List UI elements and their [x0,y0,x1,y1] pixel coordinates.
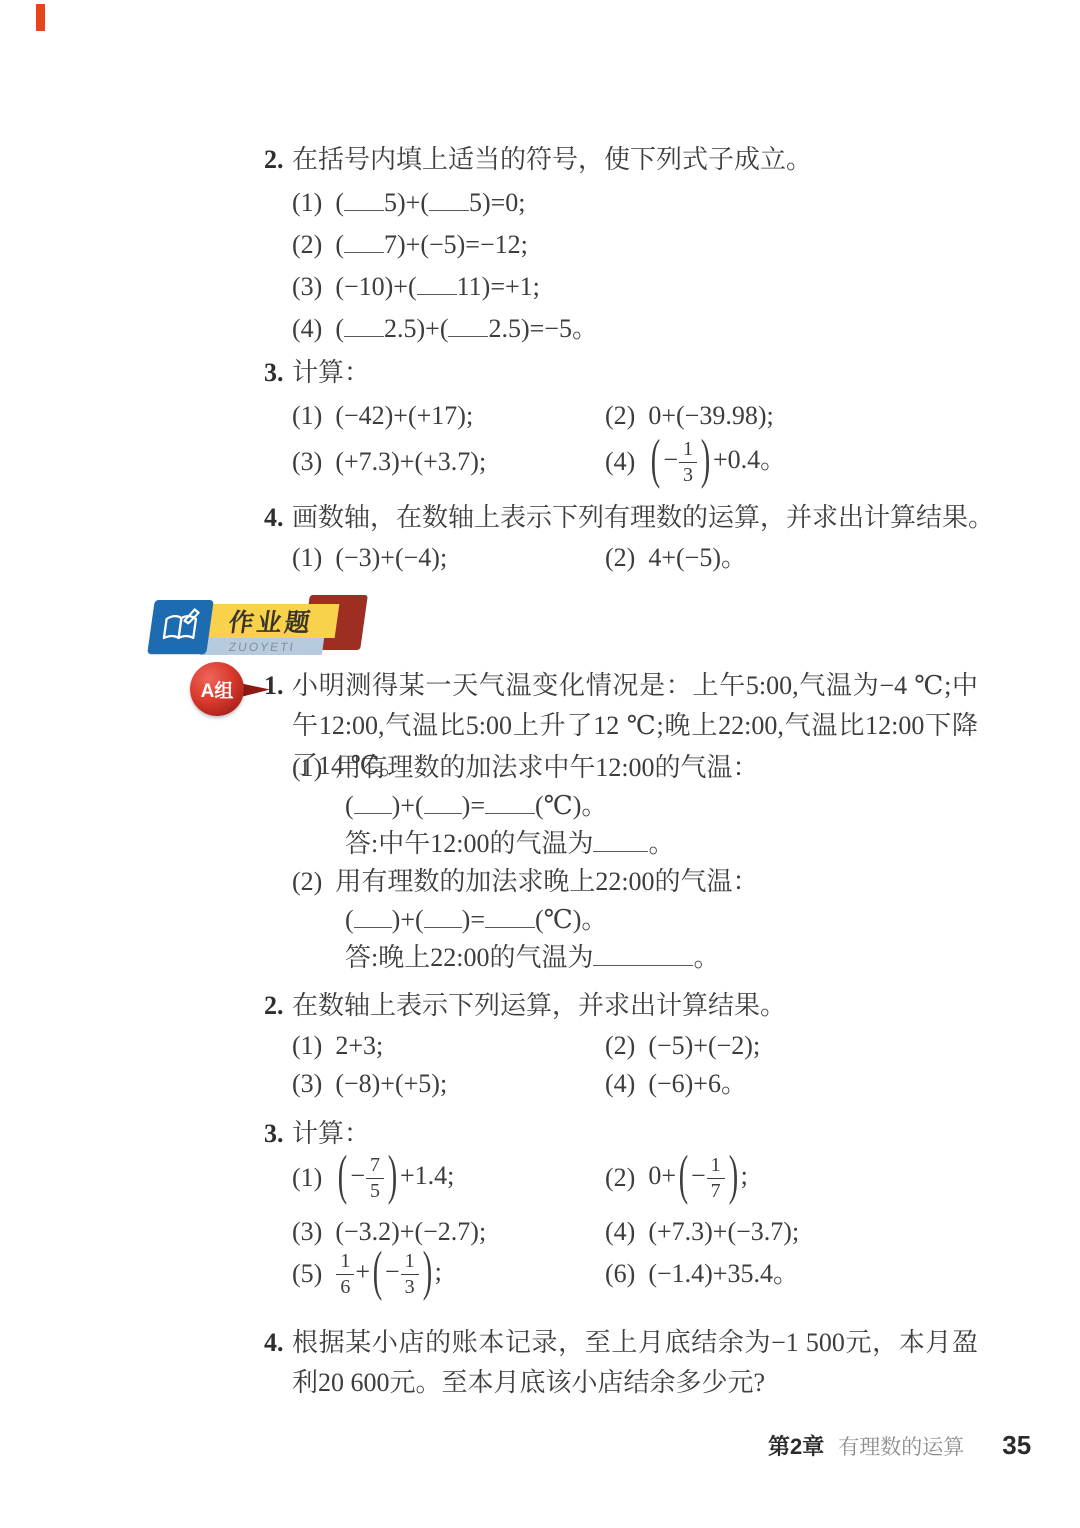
badge-circle: A组 [190,662,244,716]
homework-q1-sub1-answer: 答:中午12:00的气温为。 [345,824,674,864]
exercise-item: (2)4+(−5)。 [605,538,747,578]
answer-line: 答:中午12:00的气温为。 [345,829,674,858]
exercise-row: (1)2+3; (2)(−5)+(−2); [292,1026,383,1066]
banner-subtitle: ZUOYETI [228,640,296,654]
item-label: (4) [605,1069,635,1098]
exercise-row: (1)(5)+(5)=0; [292,183,526,223]
textbook-page: 2.在括号内填上适当的符号，使下列式子成立。 (1)(5)+(5)=0; (2)… [0,0,1080,1528]
item-label: (1) [292,401,322,430]
math-expression: ()+()=(℃)。 [345,905,607,934]
math-expression: (−13)+0.4。 [648,437,786,487]
item-label: (5) [292,1254,322,1294]
item-label: (4) [292,314,322,343]
item-number: 2. [264,140,292,180]
exercise-item: (5)16+(−13); [292,1242,442,1306]
math-expression: (5)+(5)=0; [335,188,525,217]
group-a-badge: A组 [190,662,270,718]
exercise-q2-heading: 2.在括号内填上适当的符号，使下列式子成立。 [264,140,812,180]
paragraph-text: 根据某小店的账本记录，至上月底结余为−1 500元，本月盈利20 600元。至本… [292,1328,978,1397]
exercise-item: (2)(−5)+(−2); [605,1026,760,1066]
heading-text: 在括号内填上适当的符号，使下列式子成立。 [292,145,812,174]
item-label: (1) [292,1158,322,1198]
homework-q1-sub1-title: (1)用有理数的加法求中午12:00的气温： [292,748,759,788]
math-expression: (−3)+(−4); [335,543,447,572]
heading-text: 在数轴上表示下列运算，并求出计算结果。 [292,991,786,1020]
math-expression: 16+(−13); [335,1249,442,1299]
homework-q1-sub2-title: (2)用有理数的加法求晚上22:00的气温： [292,862,759,902]
exercise-item: (1)(−3)+(−4); [292,538,447,578]
exercise-row: (3)(−10)+(11)=+1; [292,267,540,307]
exercise-item: (3)(+7.3)+(+3.7); [292,430,486,494]
math-expression: (−10)+(11)=+1; [335,272,540,301]
exercise-item: (6)(−1.4)+35.4。 [605,1242,799,1306]
exercise-row: (3)(+7.3)+(+3.7); (4)(−13)+0.4。 [292,430,486,494]
banner-icon-plate [147,600,214,654]
banner-title: 作业题 [226,603,315,639]
item-label: (6) [605,1254,635,1294]
homework-q1-sub1-formula: ()+()=(℃)。 [345,786,607,826]
exercise-row: (5)16+(−13); (6)(−1.4)+35.4。 [292,1242,442,1306]
math-expression: 0+(−39.98); [648,401,773,430]
homework-q1-sub2-formula: ()+()=(℃)。 [345,900,607,940]
math-expression: 4+(−5)。 [648,543,747,572]
banner-subtitle-plate: ZUOYETI [200,638,324,655]
item-label: (2) [292,230,322,259]
sub-title-text: 用有理数的加法求晚上22:00的气温： [335,867,758,896]
math-expression: (+7.3)+(+3.7); [335,442,486,482]
item-number: 3. [264,1114,292,1154]
item-label: (2) [605,1031,635,1060]
item-label: (2) [292,867,322,896]
math-expression: 0+(−17); [648,1153,748,1203]
footer-chapter: 第2章 [768,1434,824,1459]
math-expression: (−8)+(+5); [335,1069,447,1098]
item-label: (1) [292,188,322,217]
exercise-q4-heading: 4.画数轴，在数轴上表示下列有理数的运算，并求出计算结果。 [264,498,994,538]
heading-text: 计算： [292,358,370,387]
exercise-item: (4)(−13)+0.4。 [605,430,786,494]
exercise-row: (1)(−3)+(−4); (2)4+(−5)。 [292,538,447,578]
exercise-q3-heading: 3.计算： [264,353,370,393]
heading-text: 画数轴，在数轴上表示下列有理数的运算，并求出计算结果。 [292,503,994,532]
math-expression: (−1.4)+35.4。 [648,1254,799,1294]
exercise-row: (4)(2.5)+(2.5)=−5。 [292,309,598,349]
math-expression: 2+3; [335,1031,383,1060]
math-expression: ()+()=(℃)。 [345,791,607,820]
item-label: (1) [292,543,322,572]
math-expression: (−75)+1.4; [335,1153,454,1203]
book-pencil-icon [156,606,204,649]
item-number: 3. [264,353,292,393]
item-number: 2. [264,986,292,1026]
homework-section-banner: 作业题 ZUOYETI [148,596,408,658]
item-label: (2) [605,1158,635,1198]
homework-q2-heading: 2.在数轴上表示下列运算，并求出计算结果。 [264,986,786,1026]
answer-line: 答:晚上22:00的气温为。 [345,943,719,972]
item-label: (4) [605,442,635,482]
math-expression: (−42)+(+17); [335,401,473,430]
homework-q1-sub2-answer: 答:晚上22:00的气温为。 [345,938,719,978]
exercise-item: (2)0+(−17); [605,1146,748,1210]
item-number: 4. [264,498,292,538]
sub-title-text: 用有理数的加法求中午12:00的气温： [335,753,758,782]
math-expression: (−5)+(−2); [648,1031,760,1060]
footer-chapter-title: 有理数的运算 [838,1436,964,1459]
badge-label: A组 [201,676,234,703]
item-label: (3) [292,1069,322,1098]
exercise-item: (1)(−75)+1.4; [292,1146,454,1210]
footer-page-number: 35 [1002,1430,1031,1460]
item-label: (2) [605,543,635,572]
item-label: (2) [605,401,635,430]
homework-q4-paragraph: 4.根据某小店的账本记录，至上月底结余为−1 500元，本月盈利20 600元。… [292,1323,978,1403]
exercise-row: (3)(−8)+(+5); (4)(−6)+6。 [292,1064,447,1104]
heading-text: 计算： [292,1119,370,1148]
math-expression: (2.5)+(2.5)=−5。 [335,314,598,343]
banner-title-plate: 作业题 [203,604,340,638]
item-number: 4. [264,1323,284,1363]
item-label: (3) [292,442,322,482]
math-expression: (7)+(−5)=−12; [335,230,528,259]
item-number: 1. [264,666,284,706]
page-corner-mark [36,4,45,31]
exercise-row: (2)(7)+(−5)=−12; [292,225,528,265]
item-label: (3) [292,272,322,301]
math-expression: (−6)+6。 [648,1069,747,1098]
exercise-item: (3)(−8)+(+5); [292,1064,447,1104]
exercise-row: (1)(−75)+1.4; (2)0+(−17); [292,1146,454,1210]
item-label: (1) [292,753,322,782]
exercise-item: (1)2+3; [292,1026,383,1066]
page-footer: 第2章有理数的运算35 [768,1430,1031,1461]
item-label: (1) [292,1031,322,1060]
exercise-item: (4)(−6)+6。 [605,1064,747,1104]
